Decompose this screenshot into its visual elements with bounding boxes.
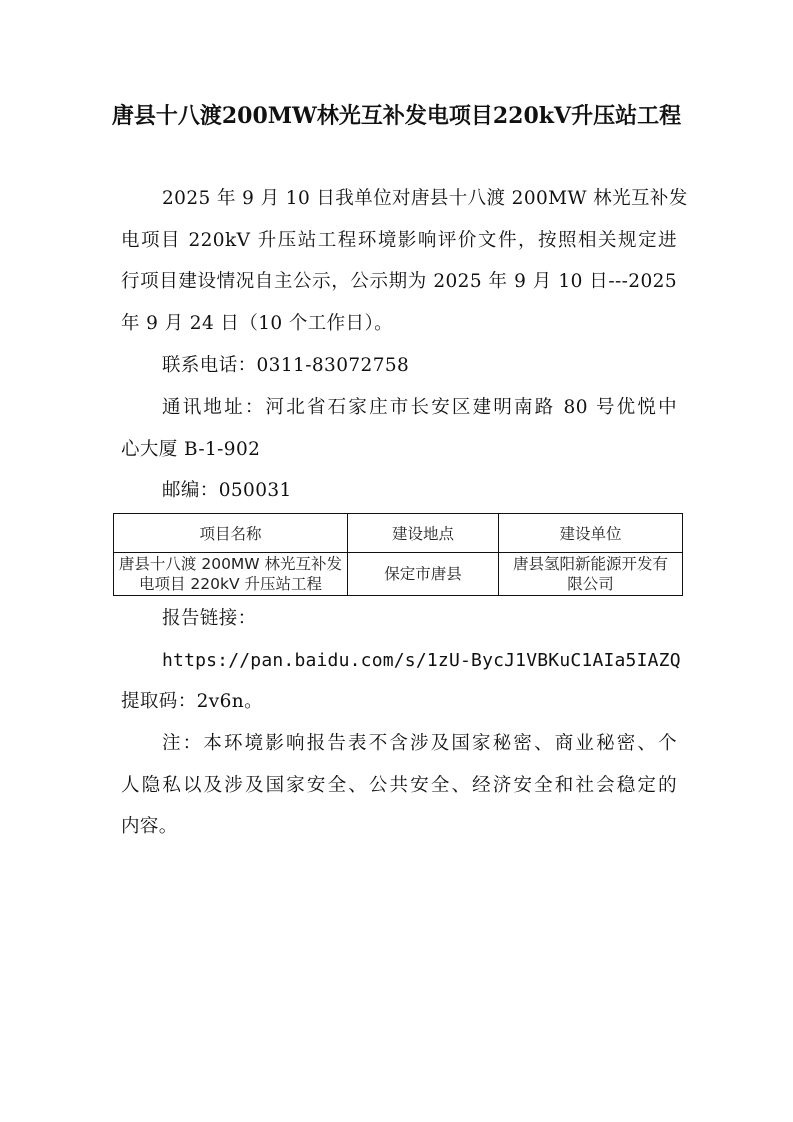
cell-builder: 唐县氢阳新能源开发有 限公司 xyxy=(499,553,683,596)
note-line-1: 注：本环境影响报告表不含涉及国家秘密、商业秘密、个 xyxy=(121,723,677,765)
report-link-url[interactable]: https://pan.baidu.com/s/1zU-BycJ1VBKuC1A… xyxy=(121,640,677,682)
note-line-3: 内容。 xyxy=(121,806,677,848)
project-info-table-wrap: 项目名称 建设地点 建设单位 唐县十八渡 200MW 林光互补发 电项目 220… xyxy=(113,513,682,596)
cell-project-name: 唐县十八渡 200MW 林光互补发 电项目 220kV 升压站工程 xyxy=(114,553,348,596)
builder-line-2: 限公司 xyxy=(503,574,678,594)
table-row: 唐县十八渡 200MW 林光互补发 电项目 220kV 升压站工程 保定市唐县 … xyxy=(114,553,683,596)
postcode-value: 050031 xyxy=(219,480,292,501)
contact-address: 通讯地址：河北省石家庄市长安区建明南路 80 号优悦中 心大厦 B-1-902 xyxy=(121,387,677,470)
builder-line-1: 唐县氢阳新能源开发有 xyxy=(503,554,678,574)
intro-paragraph: 2025 年 9 月 10 日我单位对唐县十八渡 200MW 林光互补发 电项目… xyxy=(121,178,677,344)
address-line-1: 河北省石家庄市长安区建明南路 80 号优悦中 xyxy=(266,397,677,418)
cell-location: 保定市唐县 xyxy=(348,553,499,596)
project-name-line-1: 唐县十八渡 200MW 林光互补发 xyxy=(118,554,343,574)
table-header-row: 项目名称 建设地点 建设单位 xyxy=(114,514,683,553)
extraction-code-value: 2v6n。 xyxy=(197,691,263,712)
note-paragraph: 注：本环境影响报告表不含涉及国家秘密、商业秘密、个 人隐私以及涉及国家安全、公共… xyxy=(121,723,677,848)
intro-line-2: 电项目 220kV 升压站工程环境影响评价文件，按照相关规定进 xyxy=(121,220,677,262)
header-location: 建设地点 xyxy=(348,514,499,553)
address-line-2: 心大厦 B-1-902 xyxy=(121,429,677,471)
header-builder: 建设单位 xyxy=(499,514,683,553)
extraction-code-label: 提取码： xyxy=(121,691,197,712)
project-name-line-2: 电项目 220kV 升压站工程 xyxy=(118,574,343,594)
document-page: 唐县十八渡200MW林光互补发电项目220kV升压站工程 2025 年 9 月 … xyxy=(0,0,793,1122)
note-line-2: 人隐私以及涉及国家安全、公共安全、经济安全和社会稳定的 xyxy=(121,765,677,807)
document-title: 唐县十八渡200MW林光互补发电项目220kV升压站工程 xyxy=(0,100,793,132)
header-project-name: 项目名称 xyxy=(114,514,348,553)
project-info-table: 项目名称 建设地点 建设单位 唐县十八渡 200MW 林光互补发 电项目 220… xyxy=(113,513,683,596)
phone-label: 联系电话： xyxy=(162,355,257,376)
contact-phone: 联系电话：0311-83072758 xyxy=(121,345,677,387)
address-label: 通讯地址： xyxy=(162,397,266,418)
contact-postcode: 邮编：050031 xyxy=(121,470,677,512)
report-link-section: 报告链接： https://pan.baidu.com/s/1zU-BycJ1V… xyxy=(121,598,677,723)
intro-line-1: 2025 年 9 月 10 日我单位对唐县十八渡 200MW 林光互补发 xyxy=(121,178,677,220)
report-link-label: 报告链接： xyxy=(121,598,677,640)
intro-line-3: 行项目建设情况自主公示，公示期为 2025 年 9 月 10 日---2025 xyxy=(121,261,677,303)
postcode-label: 邮编： xyxy=(162,480,219,501)
phone-value: 0311-83072758 xyxy=(257,355,410,376)
intro-line-4: 年 9 月 24 日（10 个工作日）。 xyxy=(121,303,677,345)
